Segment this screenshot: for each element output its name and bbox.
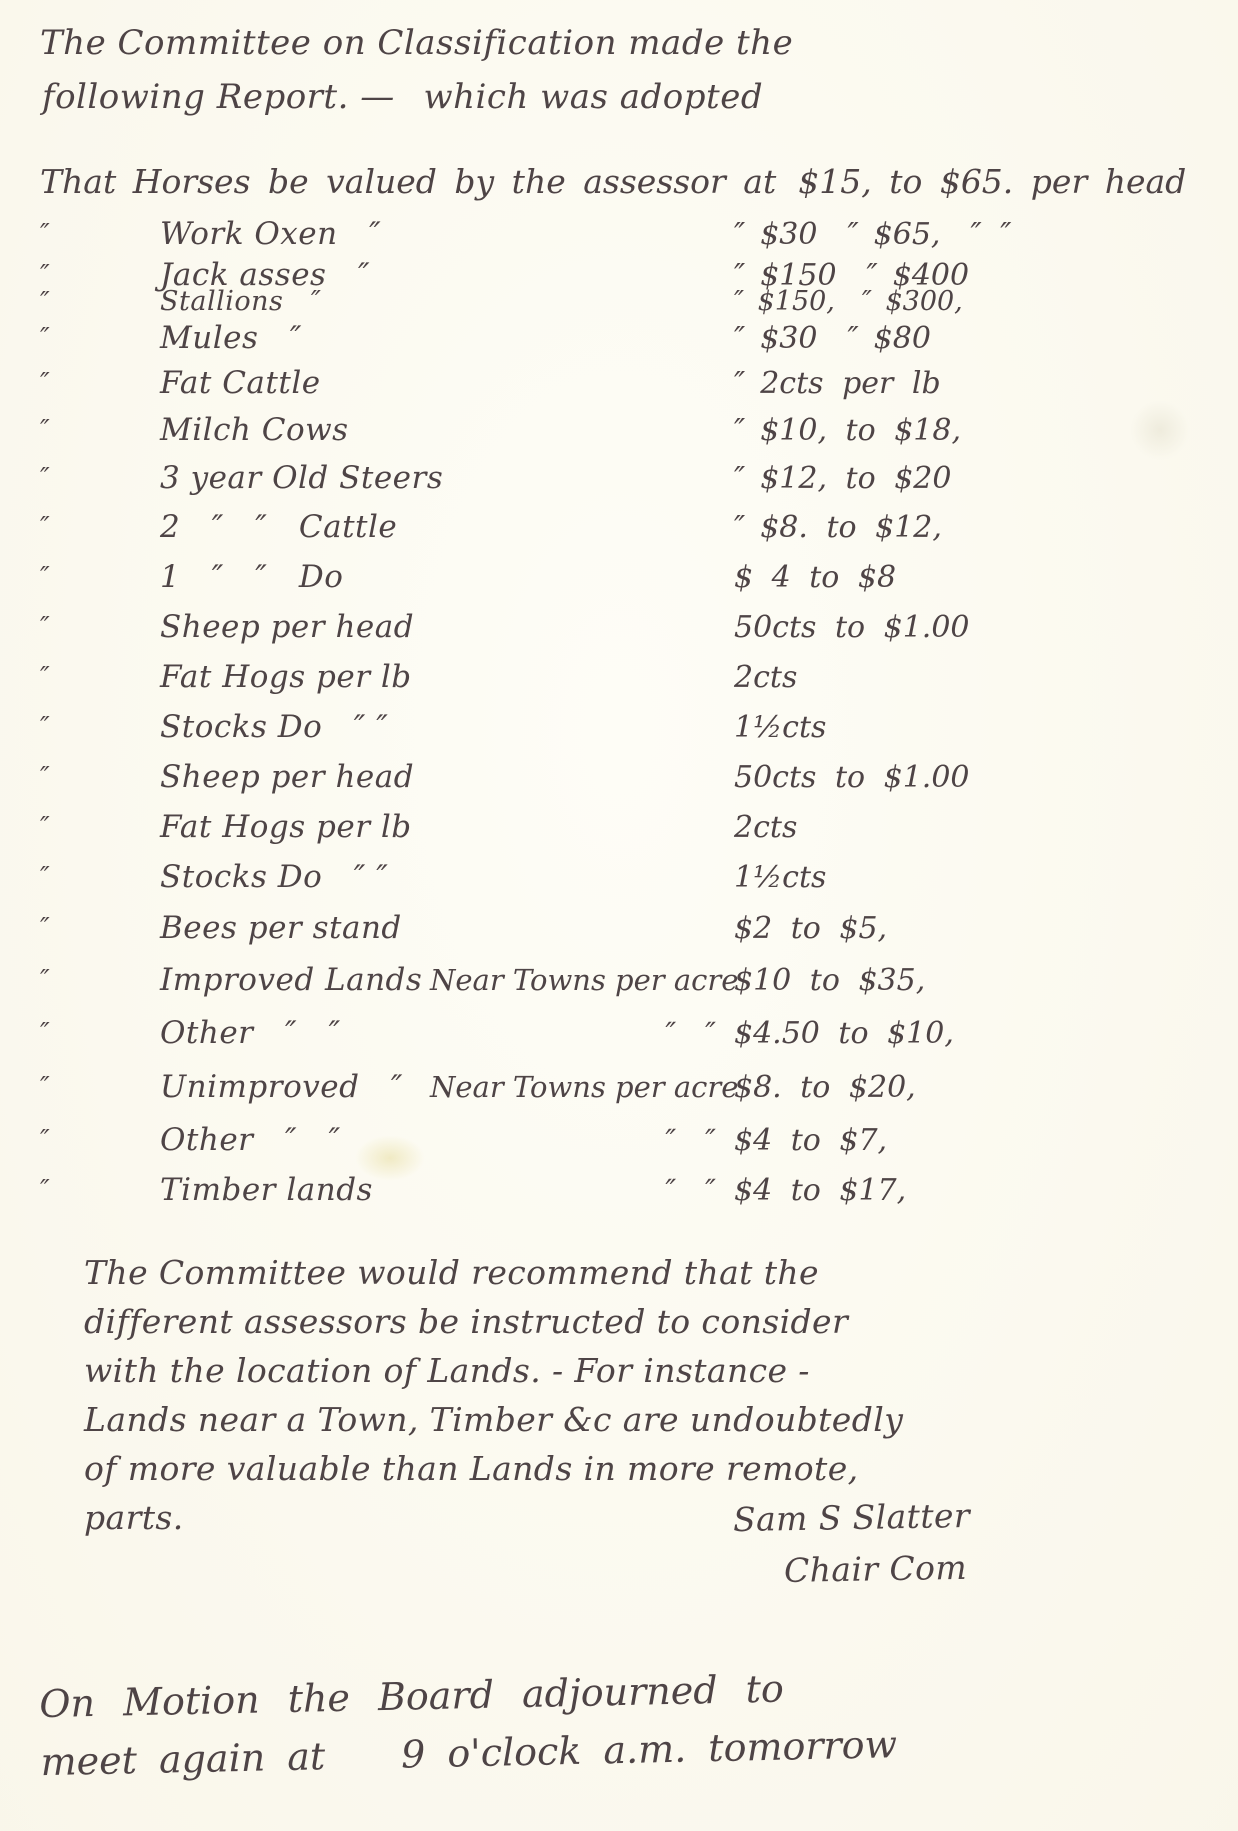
row-item: Fat Cattle [100,365,430,401]
row-value: 50cts to $1.00 [730,760,1238,795]
row-value: $4.50 to $10, [730,1016,1238,1051]
row-item: Stocks Do ″ ″ [100,709,430,745]
row-item: Improved Lands [100,962,430,998]
valuation-row-work-oxen: ″ Work Oxen ″ ″ $30 ″ $65, ″ ″ [0,212,1238,256]
row-item: 3 year Old Steers [100,460,430,496]
valuation-row-3yr-steers: ″ 3 year Old Steers ″ $12, to $20 [0,454,1238,502]
ditto-mark: ″ [40,260,100,290]
paragraph-line: Lands near a Town, Timber &c are undoubt… [84,1395,1238,1444]
row-item: Milch Cows [100,412,430,448]
ditto-mark: ″ [40,1018,100,1048]
row-value: ″ $30 ″ $65, ″ ″ [730,217,1238,252]
row-value: 50cts to $1.00 [730,610,1238,645]
row-item: Sheep per head [100,759,430,795]
valuation-row-sheep: ″ Sheep per head 50cts to $1.00 [0,602,1238,652]
valuation-row-other-unimproved: ″ Other ″ ″ ″ ″ $4 to $7, [0,1114,1238,1166]
row-value: 2cts [730,660,1238,695]
row-item: Fat Hogs per lb [100,659,430,695]
ditto-mark: ″ [40,812,100,842]
row-item: Work Oxen ″ [100,216,430,252]
paragraph-line: parts. [84,1493,184,1542]
row-value: $10 to $35, [730,963,1238,998]
row-item: Fat Hogs per lb [100,809,430,845]
row-value: ″ $150, ″ $300, [730,286,1238,317]
row-item: Stocks Do ″ ″ [100,859,430,895]
paragraph-line: The Committee would recommend that the [84,1248,1238,1297]
row-value: $2 to $5, [730,911,1238,946]
row-value: ″ $12, to $20 [730,461,1238,496]
closing-note: On Motion the Board adjourned to meet ag… [0,1650,1238,1792]
row-item: Other ″ ″ [100,1122,430,1158]
ditto-mark: ″ [40,512,100,542]
row-value: ″ $8. to $12, [730,510,1238,545]
header-line-2: following Report. — which was adopted [40,70,1218,124]
valuation-row-2yr-cattle: ″ 2 ″ ″ Cattle ″ $8. to $12, [0,502,1238,552]
signature-title: Chair Com [784,1538,1238,1596]
row-item: 2 ″ ″ Cattle [100,509,430,545]
lead-text: That Horses be valued by the assessor at [40,162,776,201]
row-value: $4 to $17, [730,1173,1238,1208]
row-item: Sheep per head [100,609,430,645]
valuation-row-milch-cows: ″ Milch Cows ″ $10, to $18, [0,406,1238,454]
row-value: ″ $10, to $18, [730,413,1238,448]
signature-name: Sam S Slatter [733,1491,971,1544]
ditto-mark: ″ [40,612,100,642]
ditto-mark: ″ [40,762,100,792]
row-item: Other ″ ″ [100,1015,430,1051]
row-value: $ 4 to $8 [730,560,1238,595]
ditto-mark: ″ [40,862,100,892]
valuation-table: That Horses be valued by the assessor at… [0,150,1238,1214]
row-item: Stallions ″ [100,286,430,317]
ditto-mark: ″ [40,1125,100,1155]
row-value: $4 to $7, [730,1123,1238,1158]
ditto-mark: ″ [40,662,100,692]
row-note: Near Towns per acre [430,963,730,997]
valuation-row-other-improved: ″ Other ″ ″ ″ ″ $4.50 to $10, [0,1006,1238,1060]
report-header: The Committee on Classification made the… [0,0,1238,124]
ditto-mark: ″ [40,965,100,995]
ditto-mark: ″ [40,1072,100,1102]
valuation-row-1yr-do: ″ 1 ″ ″ Do $ 4 to $8 [0,552,1238,602]
ditto-mark: ″ [40,415,100,445]
ditto-mark: ″ [40,463,100,493]
row-note: ″ ″ [430,1016,730,1050]
valuation-row-bees: ″ Bees per stand $2 to $5, [0,902,1238,954]
ditto-mark: ″ [40,287,100,317]
valuation-row-mules: ″ Mules ″ ″ $30 ″ $80 [0,316,1238,360]
paragraph-line: of more valuable than Lands in more remo… [84,1444,1238,1493]
row-value: ″ $30 ″ $80 [730,321,1238,356]
row-note: ″ ″ [430,1173,730,1207]
valuation-row-unimproved: ″ Unimproved ″ Near Towns per acre $8. t… [0,1060,1238,1114]
paragraph-line: with the location of Lands. - For instan… [84,1346,1238,1395]
row-item: 1 ″ ″ Do [100,559,430,595]
recommendation-paragraph: The Committee would recommend that the d… [0,1248,1238,1592]
valuation-row-fat-hogs-2: ″ Fat Hogs per lb 2cts [0,802,1238,852]
row-note: Near Towns per acre [430,1070,730,1104]
manuscript-page: The Committee on Classification made the… [0,0,1238,1831]
ditto-mark: ″ [40,323,100,353]
valuation-row-timber-lands: ″ Timber lands ″ ″ $4 to $17, [0,1166,1238,1214]
row-value: 2cts [730,810,1238,845]
ditto-mark: ″ [40,562,100,592]
row-value: ″ 2cts per lb [730,366,1238,401]
row-value: 1½cts [730,860,1238,895]
valuation-row-sheep-2: ″ Sheep per head 50cts to $1.00 [0,752,1238,802]
valuation-row-fat-cattle: ″ Fat Cattle ″ 2cts per lb [0,360,1238,406]
ditto-mark: ″ [40,368,100,398]
ditto-mark: ″ [40,1175,100,1205]
row-item: Unimproved ″ [100,1069,430,1105]
valuation-row-stocks-2: ″ Stocks Do ″ ″ 1½cts [0,852,1238,902]
ditto-mark: ″ [40,219,100,249]
valuation-lead-row: That Horses be valued by the assessor at… [0,150,1238,212]
valuation-row-stallions: ″ Stallions ″ ″ $150, ″ $300, [0,286,1238,316]
paragraph-line: different assessors be instructed to con… [84,1297,1238,1346]
row-item: Bees per stand [100,910,430,946]
lead-value: $15, to $65. per head [798,162,1186,201]
ditto-mark: ″ [40,913,100,943]
row-value: 1½cts [730,710,1238,745]
valuation-row-fat-hogs: ″ Fat Hogs per lb 2cts [0,652,1238,702]
valuation-row-stocks: ″ Stocks Do ″ ″ 1½cts [0,702,1238,752]
valuation-row-improved-lands: ″ Improved Lands Near Towns per acre $10… [0,954,1238,1006]
ditto-mark: ″ [40,712,100,742]
paragraph-signature-row: parts. Sam S Slatter [84,1493,1238,1542]
row-value: $8. to $20, [730,1070,1238,1105]
row-note: ″ ″ [430,1123,730,1157]
row-item: Timber lands [100,1172,430,1208]
row-item: Mules ″ [100,320,430,356]
header-line-1: The Committee on Classification made the [40,16,1218,70]
